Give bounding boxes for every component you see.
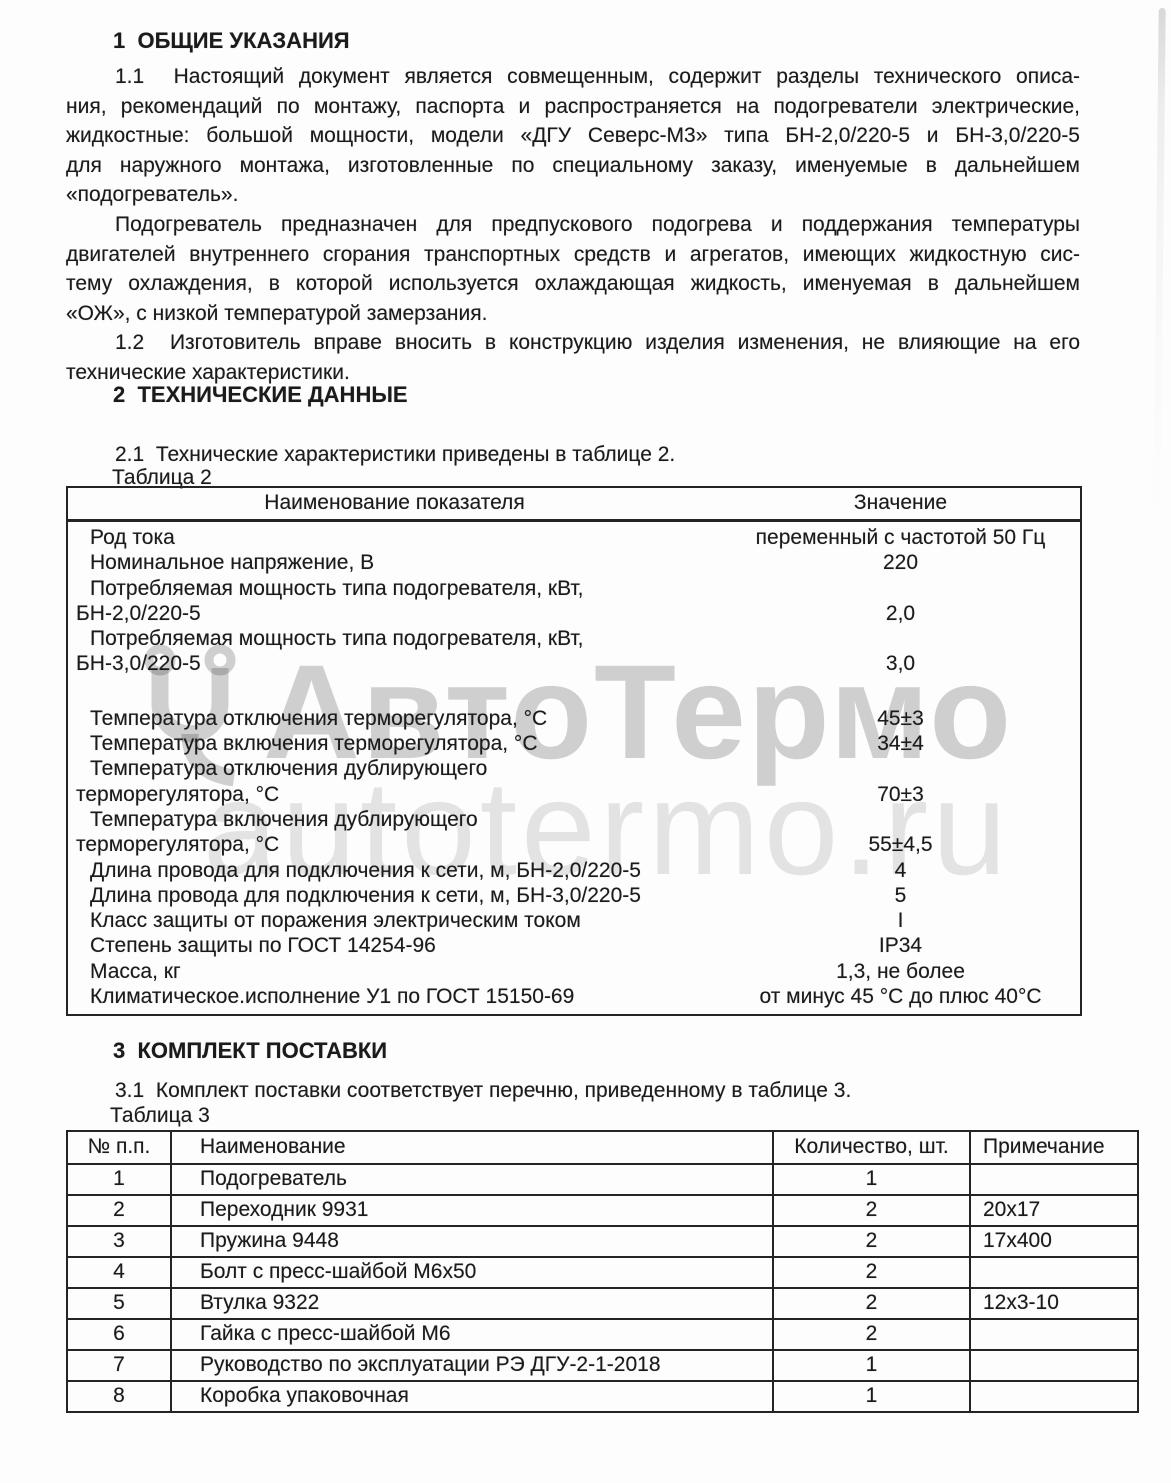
parameter-name-cell: Масса, кг <box>68 959 721 984</box>
parameter-name-cell: Длина провода для подключения к сети, м,… <box>68 858 721 883</box>
parameter-name-cell: Температура отключения дублирующеготермо… <box>68 756 721 807</box>
table-3-header-num: № п.п. <box>67 1131 171 1164</box>
parameter-value-cell: переменный с частотой 50 Гц <box>721 525 1080 550</box>
text-line: Масса, кг <box>76 959 721 984</box>
note-cell <box>970 1257 1138 1288</box>
document-page: АвтоТермо autotermo.ru 1 ОБЩИЕ УКАЗАНИЯ … <box>0 0 1171 1483</box>
parameter-value-cell: 4 <box>721 858 1080 883</box>
item-name-cell: Руководство по эксплуатации РЭ ДГУ-2-1-2… <box>171 1350 773 1381</box>
item-name-cell: Втулка 9322 <box>171 1288 773 1319</box>
table-2-header-name: Наименование показателя <box>68 488 721 519</box>
row-number-cell: 1 <box>67 1164 171 1195</box>
parameter-name-cell: Температура отключения терморегулятора, … <box>68 706 721 731</box>
quantity-cell: 1 <box>773 1381 970 1412</box>
row-number-cell: 6 <box>67 1319 171 1350</box>
text-line: жидкостные: большой мощности, модели «ДГ… <box>66 121 1080 151</box>
note-cell <box>970 1350 1138 1381</box>
table-row: Потребляемая мощность типа подогревателя… <box>68 626 1080 677</box>
table-row: Температура отключения терморегулятора, … <box>68 706 1080 731</box>
table-row: Температура включения терморегулятора, °… <box>68 731 1080 756</box>
note-cell <box>970 1381 1138 1412</box>
text-line: 2.1 Технические характеристики приведены… <box>66 440 1080 470</box>
table-row: 3Пружина 9448217х400 <box>67 1226 1138 1257</box>
item-name-cell: Болт с пресс-шайбой М6х50 <box>171 1257 773 1288</box>
note-cell: 17х400 <box>970 1226 1138 1257</box>
parameter-value-cell: 5 <box>721 883 1080 908</box>
text-line: терморегулятора, °С <box>76 832 721 857</box>
parameter-name-cell: Класс защиты от поражения электрическим … <box>68 908 721 933</box>
text-line: Температура отключения терморегулятора, … <box>76 706 721 731</box>
para-2-1: 2.1 Технические характеристики приведены… <box>66 440 1080 470</box>
row-number-cell: 8 <box>67 1381 171 1412</box>
note-cell <box>970 1319 1138 1350</box>
table-row: Потребляемая мощность типа подогревателя… <box>68 576 1080 627</box>
text-line: Класс защиты от поражения электрическим … <box>76 908 721 933</box>
quantity-cell: 1 <box>773 1164 970 1195</box>
text-line: для наружного монтажа, изготовленные по … <box>66 151 1080 181</box>
text-line: Номинальное напряжение, В <box>76 550 721 575</box>
text-line: терморегулятора, °С <box>76 782 721 807</box>
quantity-cell: 1 <box>773 1350 970 1381</box>
text-line: БН-2,0/220-5 <box>76 601 721 626</box>
table-2-header-row: Наименование показателя Значение <box>68 488 1080 522</box>
note-cell <box>970 1164 1138 1195</box>
row-number-cell: 4 <box>67 1257 171 1288</box>
parameter-value-cell: 45±3 <box>721 706 1080 731</box>
text-line: 3.1 Комплект поставки соответствует пере… <box>66 1076 1080 1106</box>
parameter-name-cell: Номинальное напряжение, В <box>68 550 721 575</box>
parameter-name-cell: Температура включения дублирующеготермор… <box>68 807 721 858</box>
para-3-1: 3.1 Комплект поставки соответствует пере… <box>66 1076 1080 1106</box>
text-line: ния, рекомендаций по монтажу, паспорта и… <box>66 92 1080 122</box>
text-line: Климатическое.исполнение У1 по ГОСТ 1515… <box>76 984 721 1009</box>
text-line: Степень защиты по ГОСТ 14254-96 <box>76 933 721 958</box>
table-row: 4Болт с пресс-шайбой М6х502 <box>67 1257 1138 1288</box>
parameter-value-cell: 55±4,5 <box>721 807 1080 858</box>
para-1-2: 1.2 Изготовитель вправе вносить в констр… <box>66 328 1080 387</box>
note-cell: 12х3-10 <box>970 1288 1138 1319</box>
table-row: Род токапеременный с частотой 50 Гц <box>68 525 1080 550</box>
text-line: Температура включения дублирующего <box>76 807 721 832</box>
table-2-body: Род токапеременный с частотой 50 ГцНомин… <box>68 522 1080 1014</box>
parameter-name-cell: Род тока <box>68 525 721 550</box>
row-number-cell: 7 <box>67 1350 171 1381</box>
parameter-value-cell: 70±3 <box>721 756 1080 807</box>
quantity-cell: 2 <box>773 1257 970 1288</box>
text-line: Потребляемая мощность типа подогревателя… <box>76 626 721 651</box>
parameter-name-cell: Степень защиты по ГОСТ 14254-96 <box>68 933 721 958</box>
table-3-body: 1Подогреватель12Переходник 9931220х173Пр… <box>67 1164 1138 1412</box>
text-line: Температура отключения дублирующего <box>76 756 721 781</box>
parameter-value-cell: от минус 45 °С до плюс 40°С <box>721 984 1080 1009</box>
table-row: Температура включения дублирующеготермор… <box>68 807 1080 858</box>
text-line: Род тока <box>76 525 721 550</box>
row-number-cell: 5 <box>67 1288 171 1319</box>
quantity-cell: 2 <box>773 1195 970 1226</box>
table-3-header-name: Наименование <box>171 1131 773 1164</box>
parameter-name-cell: Потребляемая мощность типа подогревателя… <box>68 576 721 627</box>
parameter-name-cell <box>68 677 721 706</box>
table-row: Масса, кг1,3, не более <box>68 959 1080 984</box>
table-row-spacer <box>68 677 1080 706</box>
item-name-cell: Коробка упаковочная <box>171 1381 773 1412</box>
text-line: БН-3,0/220-5 <box>76 651 721 676</box>
table-row: 8Коробка упаковочная1 <box>67 1381 1138 1412</box>
parameter-value-cell: 2,0 <box>721 576 1080 627</box>
text-line: 1.2 Изготовитель вправе вносить в констр… <box>66 328 1080 358</box>
table-3: № п.п. Наименование Количество, шт. Прим… <box>66 1130 1139 1413</box>
parameter-value-cell: 34±4 <box>721 731 1080 756</box>
parameter-value-cell: 3,0 <box>721 626 1080 677</box>
table-row: Класс защиты от поражения электрическим … <box>68 908 1080 933</box>
table-row: Длина провода для подключения к сети, м,… <box>68 858 1080 883</box>
text-line: двигателей внутреннего сгорания транспор… <box>66 240 1080 270</box>
table-3-header-row: № п.п. Наименование Количество, шт. Прим… <box>67 1131 1138 1164</box>
document-content: 1 ОБЩИЕ УКАЗАНИЯ 1.1 Настоящий документ … <box>0 0 1171 1483</box>
table-3-caption: Таблица 3 <box>110 1104 210 1128</box>
row-number-cell: 3 <box>67 1226 171 1257</box>
text-line: Длина провода для подключения к сети, м,… <box>76 883 721 908</box>
table-row: Номинальное напряжение, В220 <box>68 550 1080 575</box>
text-line: тему охлаждения, в которой используется … <box>66 269 1080 299</box>
table-2: Наименование показателя Значение Род ток… <box>66 486 1082 1016</box>
parameter-name-cell: Длина провода для подключения к сети, м,… <box>68 883 721 908</box>
text-line: Потребляемая мощность типа подогревателя… <box>76 576 721 601</box>
quantity-cell: 2 <box>773 1288 970 1319</box>
row-number-cell: 2 <box>67 1195 171 1226</box>
text-line: «ОЖ», с низкой температурой замерзания. <box>66 299 1080 329</box>
table-3-header-note: Примечание <box>970 1131 1138 1164</box>
text-line: 1.1 Настоящий документ является совмещен… <box>66 62 1080 92</box>
item-name-cell: Подогреватель <box>171 1164 773 1195</box>
parameter-value-cell: 1,3, не более <box>721 959 1080 984</box>
table-row: 5Втулка 9322212х3-10 <box>67 1288 1138 1319</box>
table-3-header-qty: Количество, шт. <box>773 1131 970 1164</box>
text-line: Длина провода для подключения к сети, м,… <box>76 858 721 883</box>
para-intro: Подогреватель предназначен для предпуско… <box>66 210 1080 328</box>
item-name-cell: Переходник 9931 <box>171 1195 773 1226</box>
parameter-name-cell: Потребляемая мощность типа подогревателя… <box>68 626 721 677</box>
text-line: Температура включения терморегулятора, °… <box>76 731 721 756</box>
parameter-value-cell: 220 <box>721 550 1080 575</box>
parameter-value-cell: I <box>721 908 1080 933</box>
item-name-cell: Гайка с пресс-шайбой М6 <box>171 1319 773 1350</box>
quantity-cell: 2 <box>773 1226 970 1257</box>
table-row: Температура отключения дублирующеготермо… <box>68 756 1080 807</box>
table-row: Степень защиты по ГОСТ 14254-96IP34 <box>68 933 1080 958</box>
table-row: 6Гайка с пресс-шайбой М62 <box>67 1319 1138 1350</box>
text-line: Подогреватель предназначен для предпуско… <box>66 210 1080 240</box>
parameter-value-cell: IP34 <box>721 933 1080 958</box>
note-cell: 20х17 <box>970 1195 1138 1226</box>
parameter-name-cell: Климатическое.исполнение У1 по ГОСТ 1515… <box>68 984 721 1009</box>
section-2-heading: 2 ТЕХНИЧЕСКИЕ ДАННЫЕ <box>113 382 408 408</box>
section-1-heading: 1 ОБЩИЕ УКАЗАНИЯ <box>113 28 350 54</box>
parameter-name-cell: Температура включения терморегулятора, °… <box>68 731 721 756</box>
table-row: 2Переходник 9931220х17 <box>67 1195 1138 1226</box>
quantity-cell: 2 <box>773 1319 970 1350</box>
table-2-header-value: Значение <box>721 488 1080 519</box>
text-line: «подогреватель». <box>66 180 1080 210</box>
table-row: Климатическое.исполнение У1 по ГОСТ 1515… <box>68 984 1080 1009</box>
table-row: 1Подогреватель1 <box>67 1164 1138 1195</box>
para-1-1: 1.1 Настоящий документ является совмещен… <box>66 62 1080 210</box>
table-row: 7Руководство по эксплуатации РЭ ДГУ-2-1-… <box>67 1350 1138 1381</box>
table-row: Длина провода для подключения к сети, м,… <box>68 883 1080 908</box>
scan-artifact-streak <box>1153 8 1165 528</box>
item-name-cell: Пружина 9448 <box>171 1226 773 1257</box>
parameter-value-cell <box>721 677 1080 706</box>
section-3-heading: 3 КОМПЛЕКТ ПОСТАВКИ <box>113 1038 387 1064</box>
